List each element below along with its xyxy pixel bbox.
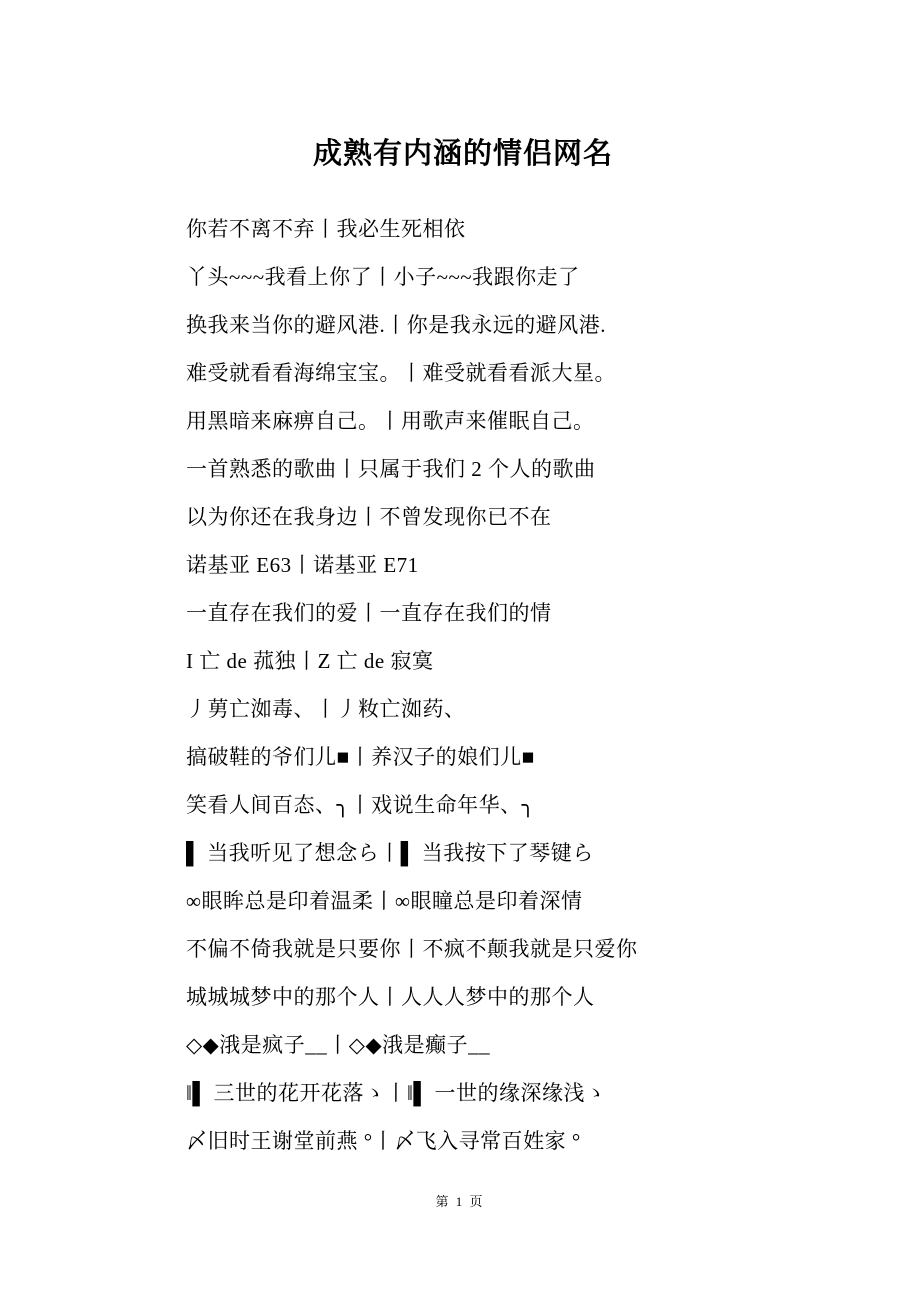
couple-name-line: 不偏不倚我就是只要你丨不疯不颠我就是只爱你 [186, 925, 740, 973]
couple-name-line: 一直存在我们的爱丨一直存在我们的情 [186, 589, 740, 637]
couple-name-line: 丿莮亡洳毒、丨丿籹亡洳药、 [186, 685, 740, 733]
couple-name-line: 〆旧时王谢堂前燕 °丨〆飞入寻常百姓家 ° [186, 1117, 740, 1165]
couple-name-line: 用黑暗来麻痹自己。丨用歌声来催眠自己。 [186, 397, 740, 445]
couple-name-line: 笑看人间百态、╮丨戏说生命年华、╮ [186, 781, 740, 829]
couple-name-line: ▌ 当我听见了想念ら丨▌ 当我按下了琴键ら [186, 829, 740, 877]
document-page: 成熟有内涵的情侣网名 你若不离不弃丨我必生死相依丫头~~~我看上你了丨小子~~~… [0, 0, 920, 1302]
couple-name-line: 难受就看看海绵宝宝。丨难受就看看派大星。 [186, 349, 740, 397]
couple-name-line: 城城城梦中的那个人丨人人人梦中的那个人 [186, 973, 740, 1021]
couple-name-line: 换我来当你的避风港.丨你是我永远的避风港. [186, 301, 740, 349]
page-footer: 第 1 页 [0, 1191, 920, 1210]
couple-name-line: 丫头~~~我看上你了丨小子~~~我跟你走了 [186, 253, 740, 301]
couple-name-line: 以为你还在我身边丨不曾发现你已不在 [186, 493, 740, 541]
couple-name-line: ◇◆涐是疯子__丨◇◆涐是癫子__ [186, 1021, 740, 1069]
couple-name-line: 诺基亚 E63丨诺基亚 E71 [186, 541, 740, 589]
couple-name-line: 你若不离不弃丨我必生死相依 [186, 205, 740, 253]
couple-name-line: ‖▌ 三世的花开花落ゝ丨‖▌ 一世的缘深缘浅ゝ [186, 1069, 740, 1117]
name-list: 你若不离不弃丨我必生死相依丫头~~~我看上你了丨小子~~~我跟你走了换我来当你的… [186, 205, 740, 1165]
couple-name-line: ∞眼眸总是印着温柔丨∞眼瞳总是印着深情 [186, 877, 740, 925]
couple-name-line: 搞破鞋的爷们儿■丨养汉子的娘们儿■ [186, 733, 740, 781]
couple-name-line: 一首熟悉的歌曲丨只属于我们 2 个人的歌曲 [186, 445, 740, 493]
page-title: 成熟有内涵的情侣网名 [186, 138, 740, 171]
couple-name-line: I 亡 de 菰独丨Z 亡 de 寂寞 [186, 637, 740, 685]
